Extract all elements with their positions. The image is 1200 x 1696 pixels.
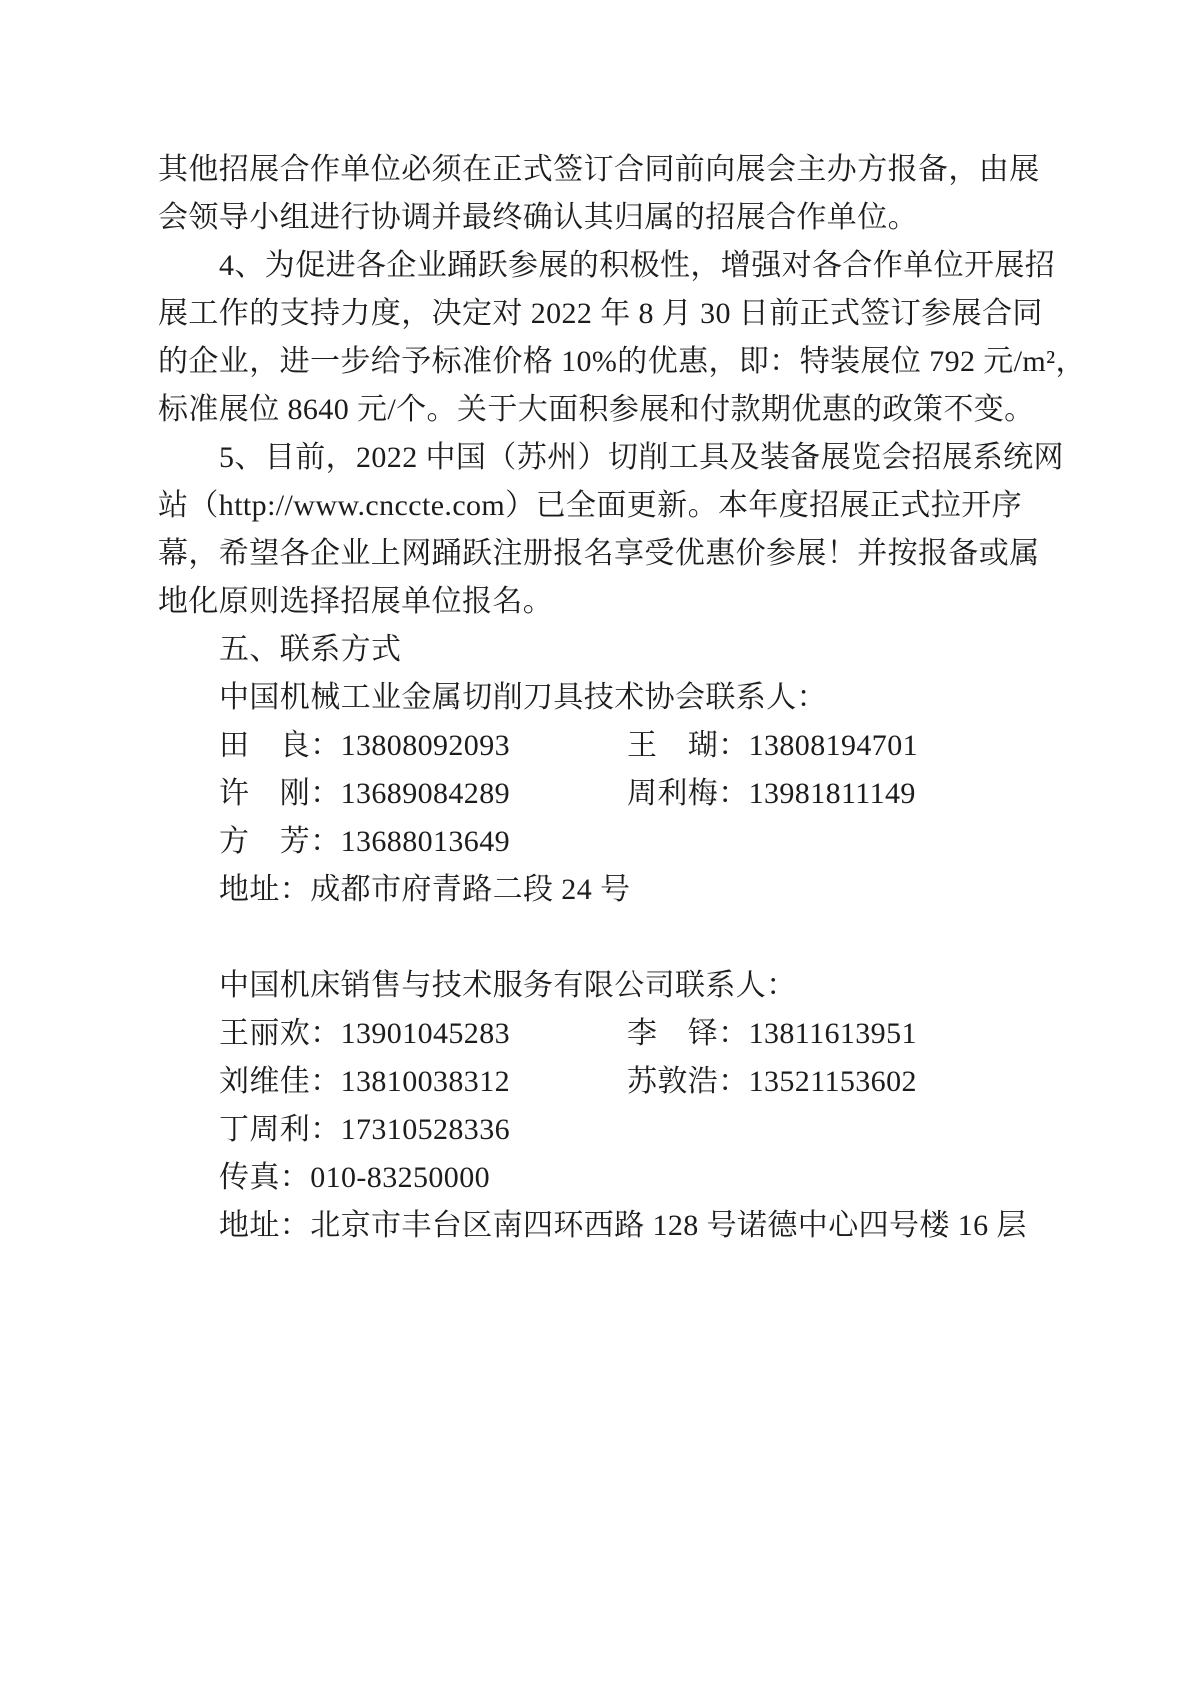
contact-address: 地址：北京市丰台区南四环西路 128 号诺德中心四号楼 16 层 [219,1209,1027,1242]
contact-fax: 传真：010-83250000 [219,1161,490,1194]
contact-fax-line: 传真：010-83250000 [158,1154,1048,1202]
paragraph-line: 展工作的支持力度，决定对 2022 年 8 月 30 日前正式签订参展合同 [158,290,1048,338]
paragraph-line-item5: 5、目前，2022 中国（苏州）切削工具及装备展览会招展系统网 [158,434,1048,482]
contact-address: 地址：成都市府青路二段 24 号 [219,873,630,906]
contact-name-phone: 田 良：13808092093 [219,729,510,762]
document-page: 其他招展合作单位必须在正式签订合同前向展会主办方报备，由展 会领导小组进行协调并… [0,0,1200,1696]
contact-row: 方 芳：13688013649 [158,818,1048,866]
paragraph-line-website-url: 站（http://www.cnccte.com）已全面更新。本年度招展正式拉开序 [158,482,1048,530]
paragraph-line: 地化原则选择招展单位报名。 [158,578,1048,626]
blank-line [158,914,1048,962]
paragraph-line: 的企业，进一步给予标准价格 10%的优惠，即：特装展位 792 元/m²， [158,338,1048,386]
contact-name-phone: 周利梅：13981811149 [627,770,916,818]
contact-name-phone: 丁周利：17310528336 [219,1113,510,1146]
contact-row: 王丽欢：13901045283 李 铎：13811613951 [158,1010,1048,1058]
paragraph-line: 幕，希望各企业上网踊跃注册报名享受优惠价参展！并按报备或属 [158,530,1048,578]
paragraph-line: 会领导小组进行协调并最终确认其归属的招展合作单位。 [158,194,1048,242]
contact-name-phone: 苏敦浩：13521153602 [627,1058,917,1106]
document-body: 其他招展合作单位必须在正式签订合同前向展会主办方报备，由展 会领导小组进行协调并… [158,146,1048,1250]
contact-row: 丁周利：17310528336 [158,1106,1048,1154]
paragraph-line-item4: 4、为促进各企业踊跃参展的积极性，增强对各合作单位开展招 [158,242,1048,290]
section-heading-contact-info: 五、联系方式 [158,626,1048,674]
paragraph-line: 标准展位 8640 元/个。关于大面积参展和付款期优惠的政策不变。 [158,386,1048,434]
contact-name-phone: 王丽欢：13901045283 [219,1017,510,1050]
contact-name-phone: 许 刚：13689084289 [219,777,510,810]
paragraph-line: 其他招展合作单位必须在正式签订合同前向展会主办方报备，由展 [158,146,1048,194]
contact-group-heading-company: 中国机床销售与技术服务有限公司联系人： [158,962,1048,1010]
contact-row: 许 刚：13689084289 周利梅：13981811149 [158,770,1048,818]
contact-address-line: 地址：成都市府青路二段 24 号 [158,866,1048,914]
contact-name-phone: 李 铎：13811613951 [627,1010,917,1058]
contact-row: 刘维佳：13810038312 苏敦浩：13521153602 [158,1058,1048,1106]
contact-group-heading-association: 中国机械工业金属切削刀具技术协会联系人： [158,674,1048,722]
contact-name-phone: 刘维佳：13810038312 [219,1065,510,1098]
contact-name-phone: 方 芳：13688013649 [219,825,510,858]
contact-name-phone: 王 瑚：13808194701 [627,722,918,770]
contact-address-line: 地址：北京市丰台区南四环西路 128 号诺德中心四号楼 16 层 [158,1202,1048,1250]
contact-row: 田 良：13808092093 王 瑚：13808194701 [158,722,1048,770]
